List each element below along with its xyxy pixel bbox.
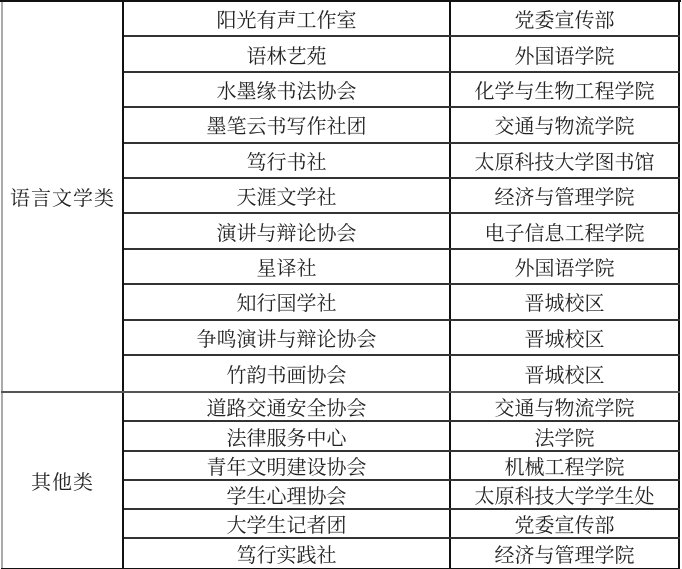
host-unit: 党委宣传部 [451,510,680,537]
club-name: 学生心理协会 [124,481,451,508]
table-row: 大学生记者团党委宣传部 [124,510,680,539]
clubs-table: 语言文学类 阳光有声工作室党委宣传部 语林艺苑外国语学院 水墨缘书法协会化学与生… [1,2,680,569]
table-row: 演讲与辩论协会电子信息工程学院 [124,214,680,249]
category-group-language-literature: 语言文学类 阳光有声工作室党委宣传部 语林艺苑外国语学院 水墨缘书法协会化学与生… [1,2,680,393]
host-unit: 外国语学院 [451,37,680,70]
category-group-other: 其他类 道路交通安全协会交通与物流学院 法律服务中心法学院 青年文明建设协会机械… [1,393,680,569]
host-unit: 电子信息工程学院 [451,214,680,247]
club-name: 大学生记者团 [124,510,451,537]
table-row: 墨笔云书写作社团交通与物流学院 [124,108,680,143]
table-row: 知行国学社晋城校区 [124,285,680,320]
club-name: 水墨缘书法协会 [124,73,451,106]
club-name: 笃行书社 [124,144,451,177]
host-unit: 晋城校区 [451,285,680,318]
club-name: 笃行实践社 [124,539,451,568]
group-rows: 阳光有声工作室党委宣传部 语林艺苑外国语学院 水墨缘书法协会化学与生物工程学院 … [124,2,680,391]
table-row: 学生心理协会太原科技大学学生处 [124,481,680,510]
host-unit: 机械工程学院 [451,452,680,479]
club-name: 竹韵书画协会 [124,356,451,391]
host-unit: 太原科技大学学生处 [451,481,680,508]
table-row: 道路交通安全协会交通与物流学院 [124,393,680,422]
host-unit: 经济与管理学院 [451,539,680,568]
host-unit: 化学与生物工程学院 [451,73,680,106]
host-unit: 经济与管理学院 [451,179,680,212]
table-row: 笃行书社太原科技大学图书馆 [124,144,680,179]
club-name: 法律服务中心 [124,422,451,449]
table-row: 笃行实践社经济与管理学院 [124,539,680,568]
table-row: 阳光有声工作室党委宣传部 [124,2,680,37]
table-row: 星译社外国语学院 [124,250,680,285]
host-unit: 外国语学院 [451,250,680,283]
club-name: 天涯文学社 [124,179,451,212]
club-name: 星译社 [124,250,451,283]
table-row: 青年文明建设协会机械工程学院 [124,452,680,481]
host-unit: 晋城校区 [451,356,680,391]
club-name: 墨笔云书写作社团 [124,108,451,141]
category-cell: 其他类 [1,393,124,568]
table-row: 水墨缘书法协会化学与生物工程学院 [124,73,680,108]
table-row: 竹韵书画协会晋城校区 [124,356,680,391]
club-name: 演讲与辩论协会 [124,214,451,247]
club-name: 阳光有声工作室 [124,2,451,35]
host-unit: 法学院 [451,422,680,449]
host-unit: 交通与物流学院 [451,108,680,141]
club-name: 争鸣演讲与辩论协会 [124,321,451,354]
table-row: 法律服务中心法学院 [124,422,680,451]
table-row: 天涯文学社经济与管理学院 [124,179,680,214]
host-unit: 党委宣传部 [451,2,680,35]
club-name: 知行国学社 [124,285,451,318]
table-row: 语林艺苑外国语学院 [124,37,680,72]
category-cell: 语言文学类 [1,2,124,391]
club-name: 青年文明建设协会 [124,452,451,479]
table-row: 争鸣演讲与辩论协会晋城校区 [124,321,680,356]
host-unit: 晋城校区 [451,321,680,354]
host-unit: 太原科技大学图书馆 [451,144,680,177]
club-name: 道路交通安全协会 [124,393,451,420]
host-unit: 交通与物流学院 [451,393,680,420]
club-name: 语林艺苑 [124,37,451,70]
group-rows: 道路交通安全协会交通与物流学院 法律服务中心法学院 青年文明建设协会机械工程学院… [124,393,680,568]
